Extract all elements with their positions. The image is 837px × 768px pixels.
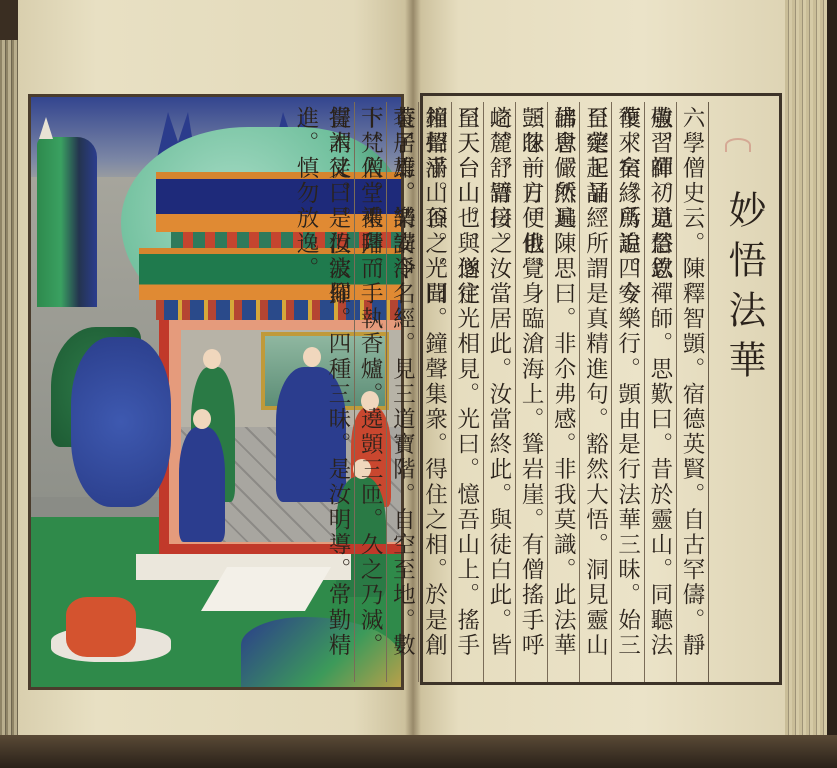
book-shadow [827,0,837,768]
chapter-title: 妙悟法華 [708,102,779,682]
enthroned-head [303,347,321,367]
seal-stamp [725,138,751,152]
mountain-cliff [37,137,97,307]
attendant-figure [179,427,225,542]
blue-shrub [71,337,171,507]
monk-head [203,349,221,369]
text-column: 六學僧史云。陳釋智顗。宿德英賢。自古罕儔。靜慮習禪。道俗欽 [676,102,708,682]
open-book: 妙悟法華 六學僧史云。陳釋智顗。宿德英賢。自古罕儔。靜慮習禪。道俗欽 敬。師初見… [0,0,837,768]
attendant-head [193,409,211,429]
text-columns: 妙悟法華 六學僧史云。陳釋智顗。宿德英賢。自古罕儔。靜慮習禪。道俗欽 敬。師初見… [423,102,779,682]
table-surface [0,735,837,768]
rider [66,597,136,657]
text-frame: 妙悟法華 六學僧史云。陳釋智顗。宿德英賢。自古罕儔。靜慮習禪。道俗欽 敬。師初見… [420,93,782,685]
